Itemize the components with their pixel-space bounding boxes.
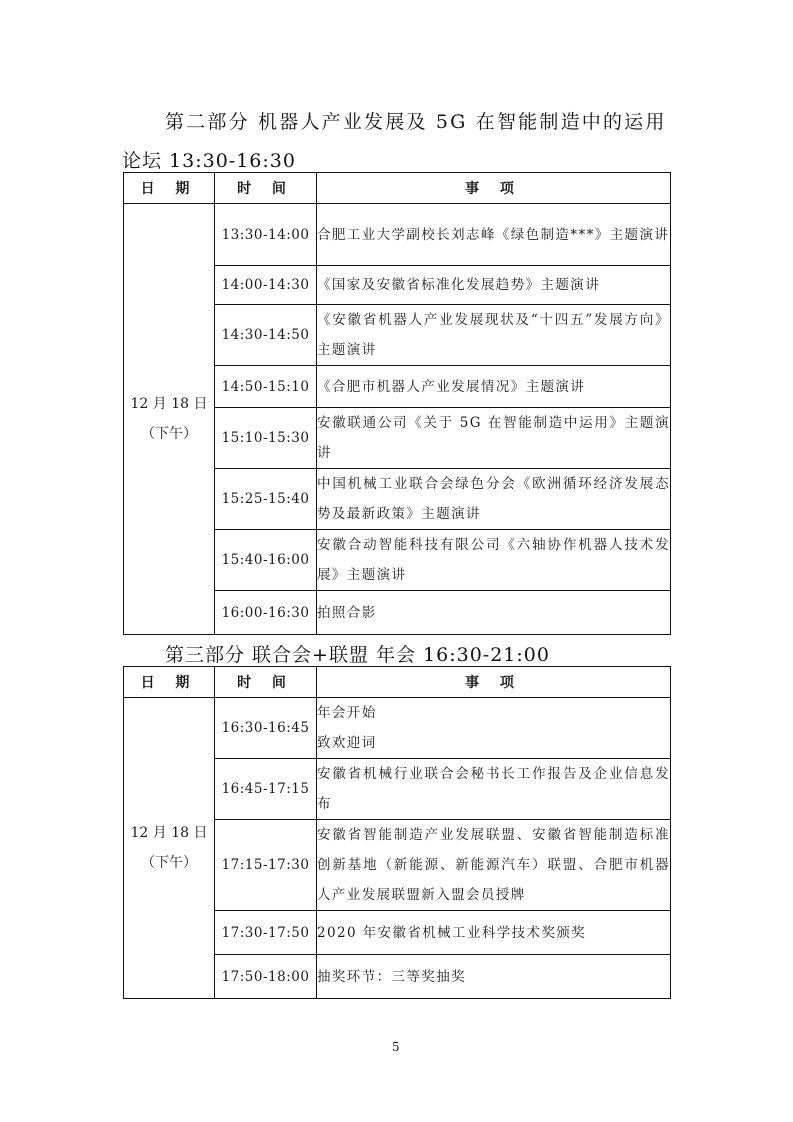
- item-cell: 《安徽省机器人产业发展现状及“十四五”发展方向》主题演讲: [317, 305, 671, 366]
- time-cell: 15:10-15:30: [215, 408, 317, 469]
- time-cell: 16:30-16:45: [215, 698, 317, 759]
- period-text: （下午）: [124, 848, 214, 878]
- time-cell: 14:00-14:30: [215, 266, 317, 305]
- date-cell: 12 月 18 日 （下午）: [124, 698, 215, 999]
- date-text: 12 月 18 日: [124, 818, 214, 848]
- date-cell: 12 月 18 日 （下午）: [124, 204, 215, 635]
- table-row: 12 月 18 日 （下午） 13:30-14:00 合肥工业大学副校长刘志峰《…: [124, 204, 671, 266]
- item-line: 年会开始: [317, 698, 670, 728]
- time-cell: 14:30-14:50: [215, 305, 317, 366]
- part2-heading-line1: 第二部分 机器人产业发展及 5G 在智能制造中的运用: [165, 107, 667, 134]
- item-line: 致欢迎词: [317, 728, 670, 758]
- date-text: 12 月 18 日: [124, 389, 214, 419]
- table-row: 12 月 18 日 （下午） 16:30-16:45 年会开始 致欢迎词: [124, 698, 671, 759]
- time-cell: 17:50-18:00: [215, 955, 317, 999]
- column-header-date: 日 期: [124, 173, 215, 204]
- time-cell: 17:30-17:50: [215, 911, 317, 955]
- time-cell: 15:40-16:00: [215, 530, 317, 591]
- period-text: （下午）: [124, 419, 214, 449]
- item-cell: 年会开始 致欢迎词: [317, 698, 671, 759]
- time-cell: 16:45-17:15: [215, 759, 317, 820]
- item-cell: 《国家及安徽省标准化发展趋势》主题演讲: [317, 266, 671, 305]
- item-cell: 中国机械工业联合会绿色分会《欧洲循环经济发展态势及最新政策》主题演讲: [317, 469, 671, 530]
- time-cell: 17:15-17:30: [215, 820, 317, 911]
- part2-heading-line2: 论坛 13:30-16:30: [122, 146, 296, 173]
- time-cell: 13:30-14:00: [215, 204, 317, 266]
- item-cell: 抽奖环节：三等奖抽奖: [317, 955, 671, 999]
- time-cell: 16:00-16:30: [215, 591, 317, 635]
- time-cell: 14:50-15:10: [215, 366, 317, 408]
- item-cell: 安徽省机械行业联合会秘书长工作报告及企业信息发布: [317, 759, 671, 820]
- item-cell: 合肥工业大学副校长刘志峰《绿色制造***》主题演讲: [317, 204, 671, 266]
- item-cell: 安徽合动智能科技有限公司《六轴协作机器人技术发展》主题演讲: [317, 530, 671, 591]
- table-header-row: 日 期 时 间 事 项: [124, 667, 671, 698]
- column-header-item: 事 项: [317, 173, 671, 204]
- part2-schedule-table: 日 期 时 间 事 项 12 月 18 日 （下午） 13:30-14:00 合…: [123, 172, 671, 635]
- column-header-date: 日 期: [124, 667, 215, 698]
- column-header-time: 时 间: [215, 173, 317, 204]
- column-header-time: 时 间: [215, 667, 317, 698]
- part3-heading: 第三部分 联合会+联盟 年会 16:30-21:00: [165, 640, 550, 667]
- item-cell: 2020 年安徽省机械工业科学技术奖颁奖: [317, 911, 671, 955]
- item-cell: 《合肥市机器人产业发展情况》主题演讲: [317, 366, 671, 408]
- page-number: 5: [392, 1040, 400, 1054]
- column-header-item: 事 项: [317, 667, 671, 698]
- time-cell: 15:25-15:40: [215, 469, 317, 530]
- part3-schedule-table: 日 期 时 间 事 项 12 月 18 日 （下午） 16:30-16:45 年…: [123, 666, 671, 999]
- table-header-row: 日 期 时 间 事 项: [124, 173, 671, 204]
- item-cell: 拍照合影: [317, 591, 671, 635]
- item-cell: 安徽省智能制造产业发展联盟、安徽省智能制造标准创新基地（新能源、新能源汽车）联盟…: [317, 820, 671, 911]
- item-cell: 安徽联通公司《关于 5G 在智能制造中运用》主题演讲: [317, 408, 671, 469]
